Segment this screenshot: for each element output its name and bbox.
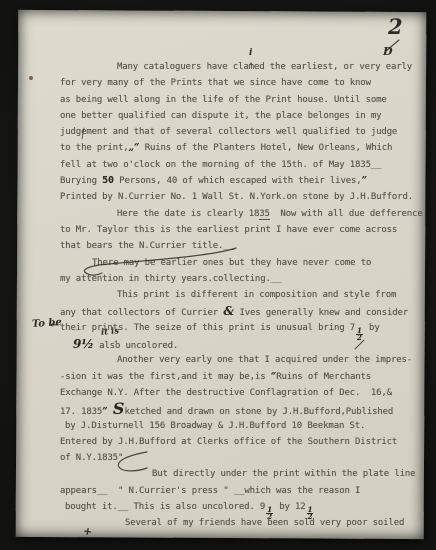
- typed-text: Exchange N.Y. After the destructive Conf…: [60, 388, 392, 398]
- typed-text: Persons, 40 of which escaped with their …: [114, 176, 362, 186]
- typed-line-10: to Mr. Taylor this is the earliest print…: [60, 222, 422, 238]
- typed-text: as being well along in the life of the P…: [60, 95, 387, 105]
- typed-text: one better qualified can dispute it, the…: [60, 111, 381, 121]
- typed-text: that bears the N.Currier title.__: [60, 241, 234, 251]
- typed-line-4: judgement and that of several collectors…: [60, 124, 422, 140]
- typed-text: Ruins of the Planters Hotel, New Orleans…: [139, 143, 392, 153]
- typed-text: bought it.__ This is also uncolored. 9: [65, 502, 265, 512]
- typed-line-14: This print is different in composition a…: [60, 287, 422, 303]
- typed-text: Now with all due defference: [270, 209, 423, 219]
- typed-text: also uncolored.: [94, 341, 178, 351]
- typed-line-22: by J.Disturnell 156 Broadway & J.H.Buffo…: [60, 418, 422, 434]
- typed-line-19: -sion it was the first,and it may be,is …: [60, 369, 422, 385]
- red-ink-dot: [29, 76, 33, 80]
- typed-line-0: Many cataloguers have clamed the earlies…: [60, 59, 422, 75]
- typed-text: appears__ " N.Currier's press " __which …: [60, 486, 360, 496]
- typed-text: to Mr. Taylor this is the earliest print…: [60, 225, 397, 235]
- margin-arrow-icon: ←: [50, 320, 58, 331]
- typed-line-26: appears__ " N.Currier's press " __which …: [60, 483, 422, 499]
- typed-line-8: Printed by N.Currier No. 1 Wall St. N.Yo…: [60, 189, 422, 205]
- handwritten-text: ”: [362, 175, 367, 186]
- handwritten-text: &: [223, 304, 234, 318]
- typed-line-1: for very many of the Prints that we sinc…: [60, 75, 422, 91]
- typed-line-12: There may be earlier ones but they have …: [60, 255, 422, 271]
- typed-text: Ruins of Merchants: [276, 372, 371, 382]
- typed-text: Burying: [60, 176, 102, 186]
- typed-text: Several of my friends have been sold ver…: [125, 518, 404, 528]
- typed-line-9: Here the date is clearly 1835 Now with a…: [60, 206, 422, 222]
- handwritten-text: 9½: [73, 337, 94, 351]
- typed-text: Printed by N.Currier No. 1 Wall St. N.Yo…: [60, 192, 413, 202]
- typed-text: by J.Disturnell 156 Broadway & J.H.Buffo…: [65, 421, 365, 431]
- handwritten-page-number: 2: [388, 14, 403, 39]
- typed-line-15: any that collectors of Currier & Ives ge…: [60, 303, 422, 319]
- typed-text: Ives generally knew and consider: [234, 308, 408, 318]
- typed-text-block: Many cataloguers have clamed the earlies…: [60, 59, 422, 532]
- handwritten-text: „“: [129, 142, 140, 153]
- typed-line-6: fell at two o'clock on the morning of th…: [60, 157, 422, 173]
- typed-line-7: Burying 50 Persons, 40 of which escaped …: [60, 173, 422, 189]
- inserted-letter-i: i: [249, 48, 252, 58]
- typed-text: Here the date is clearly 18: [117, 209, 259, 219]
- handwritten-text: S: [113, 399, 125, 418]
- typed-line-2: as being well along in the life of the P…: [60, 92, 422, 108]
- typed-text: of N.Y.1835": [60, 453, 123, 463]
- handwritten-text: 50: [102, 175, 114, 186]
- typed-line-28: Several of my friends have been sold ver…: [60, 515, 422, 531]
- handwritten-page-letter: D: [383, 45, 393, 58]
- typed-text: This print is different in composition a…: [117, 290, 396, 300]
- typed-line-11: that bears the N.Currier title.__: [60, 238, 422, 254]
- typed-line-23: Entered by J.H.Bufford at Clerks office …: [60, 434, 422, 450]
- typed-text: -sion it was the first,and it may be,is: [60, 372, 271, 382]
- typed-line-3: one better qualified can dispute it, the…: [60, 108, 422, 124]
- typed-text: to the print,: [60, 143, 129, 153]
- typed-line-13: my attention in thirty years.collecting.…: [60, 271, 422, 287]
- typed-text: by: [364, 323, 380, 333]
- typed-text: my attention in thirty years.collecting.…: [60, 274, 281, 284]
- typed-text: any that collectors of Currier: [60, 308, 223, 318]
- typed-text: There may be earlier ones but they have …: [92, 258, 371, 268]
- typed-line-5: to the print,„“ Ruins of the Planters Ho…: [60, 140, 422, 156]
- typed-text: by 12: [274, 502, 306, 512]
- typed-text: Entered by J.H.Bufford at Clerks office …: [60, 437, 397, 447]
- typed-line-21: 17. 1835” Sketched and drawn on stone by…: [60, 401, 422, 417]
- typed-text: But directly under the print within the …: [152, 469, 415, 479]
- typed-line-18: Another very early one that I acquired u…: [60, 352, 422, 368]
- typed-text: for very many of the Prints that we sinc…: [60, 78, 371, 88]
- inserted-words-it-is: it is: [101, 326, 120, 338]
- handwritten-text: 35: [259, 209, 270, 220]
- typed-text: judgement and that of several collectors…: [60, 127, 397, 137]
- typed-text: ketched and drawn on stone by J.H.Buffor…: [124, 407, 393, 417]
- insertion-caret-icon: ˄: [114, 339, 118, 349]
- typed-text: 17. 1835: [60, 407, 102, 417]
- handwritten-fraction: 12: [356, 328, 363, 341]
- typed-text: Another very early one that I acquired u…: [117, 355, 412, 365]
- insertion-caret-icon: ˄: [249, 61, 253, 71]
- typed-line-25: But directly under the print within the …: [60, 466, 422, 482]
- typed-line-24: of N.Y.1835": [60, 450, 422, 466]
- typed-line-27: bought it.__ This is also uncolored. 912…: [60, 499, 422, 515]
- typed-text: Many cataloguers have clamed the earlies…: [117, 62, 412, 72]
- typed-text: fell at two o'clock on the morning of th…: [60, 160, 381, 170]
